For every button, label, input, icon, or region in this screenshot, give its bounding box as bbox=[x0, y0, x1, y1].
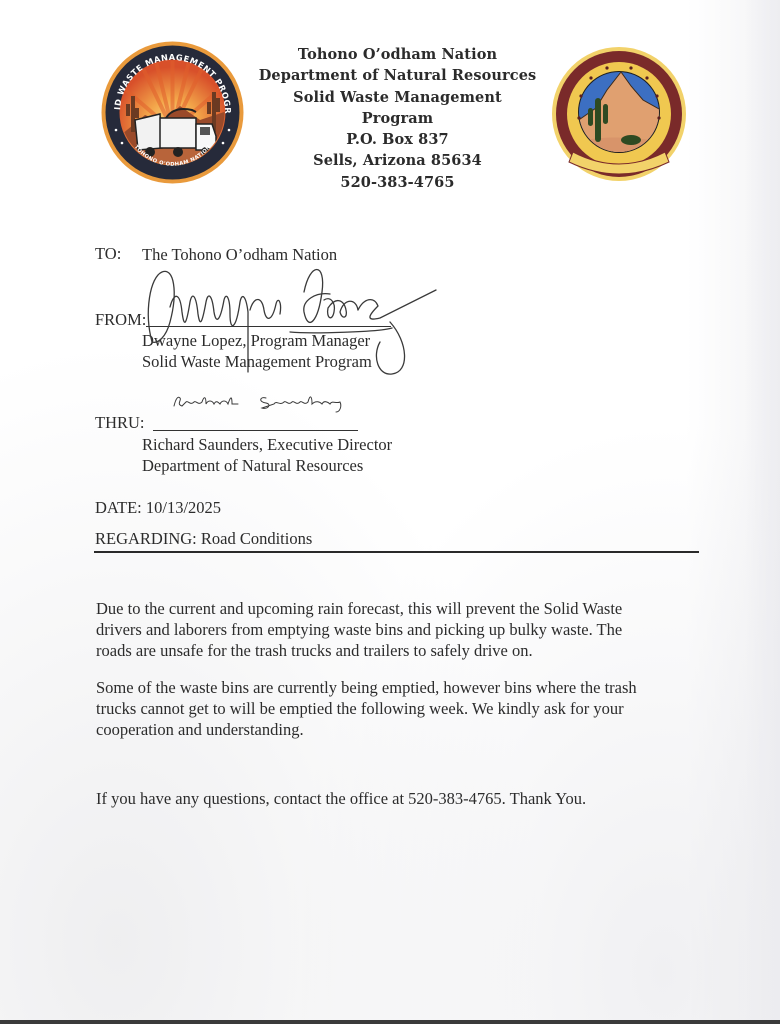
thru-signature bbox=[170, 392, 370, 414]
regarding-field: REGARDING: Road Conditions bbox=[95, 528, 312, 549]
letterhead-org-name: Tohono O’odham Nation bbox=[250, 44, 545, 65]
regarding-label: REGARDING: bbox=[95, 529, 197, 548]
regarding-value: Road Conditions bbox=[201, 529, 312, 548]
letterhead-program: Solid Waste Management bbox=[250, 87, 545, 108]
letterhead-phone: 520-383-4765 bbox=[250, 172, 545, 193]
closing-paragraph: If you have any questions, contact the o… bbox=[96, 788, 706, 809]
date-label: DATE: bbox=[95, 498, 142, 517]
letterhead-program-cont: Program bbox=[250, 108, 545, 129]
from-label: FROM: bbox=[95, 310, 146, 330]
header-divider bbox=[94, 551, 699, 553]
letterhead-po-box: P.O. Box 837 bbox=[250, 129, 545, 150]
paragraph-line: roads are unsafe for the trash trucks an… bbox=[96, 640, 706, 661]
paragraph-line: Due to the current and upcoming rain for… bbox=[96, 598, 706, 619]
letterhead-department: Department of Natural Resources bbox=[250, 65, 545, 86]
paragraph-line: cooperation and understanding. bbox=[96, 719, 706, 740]
letterhead: Tohono O’odham Nation Department of Natu… bbox=[250, 44, 545, 193]
from-signature bbox=[140, 252, 450, 382]
thru-signature-line bbox=[153, 430, 358, 431]
paragraph-line: Some of the waste bins are currently bei… bbox=[96, 677, 706, 698]
thru-label: THRU: bbox=[95, 413, 145, 433]
thru-name: Richard Saunders, Executive Director bbox=[142, 434, 392, 455]
thru-department: Department of Natural Resources bbox=[142, 455, 363, 476]
date-field: DATE: 10/13/2025 bbox=[95, 497, 221, 518]
to-label: TO: bbox=[95, 244, 121, 264]
closing-text: If you have any questions, contact the o… bbox=[96, 788, 706, 809]
great-seal-icon bbox=[551, 46, 687, 182]
body-paragraph-1: Due to the current and upcoming rain for… bbox=[96, 598, 706, 662]
scan-bottom-edge bbox=[0, 1020, 780, 1024]
solid-waste-program-seal-icon: SOLID WASTE MANAGEMENT PROGRAM TOHONO O'… bbox=[100, 40, 245, 185]
paragraph-line: trucks cannot get to will be emptied the… bbox=[96, 698, 706, 719]
body-paragraph-2: Some of the waste bins are currently bei… bbox=[96, 677, 706, 741]
scan-edge-shadow bbox=[745, 0, 780, 1024]
date-value: 10/13/2025 bbox=[146, 498, 221, 517]
letterhead-city: Sells, Arizona 85634 bbox=[250, 150, 545, 171]
paragraph-line: drivers and laborers from emptying waste… bbox=[96, 619, 706, 640]
